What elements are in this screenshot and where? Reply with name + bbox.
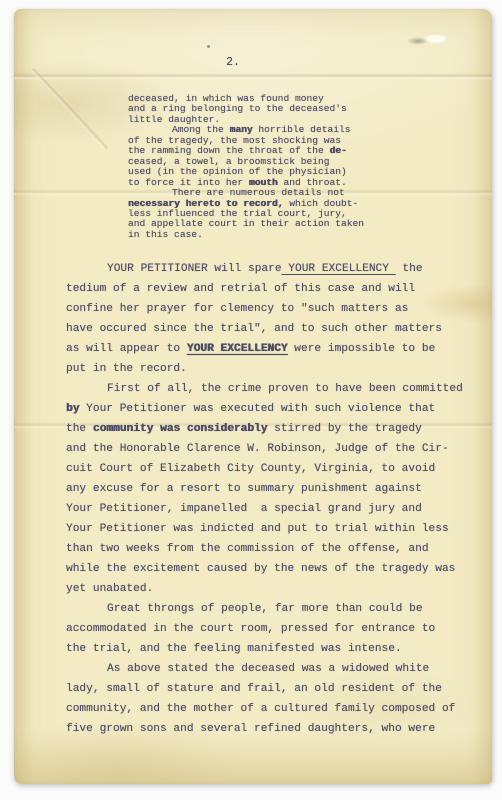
corner-crease-top-left (31, 68, 109, 151)
ink-speck (207, 45, 210, 48)
text-segment: and appellate court in their action take… (128, 218, 364, 229)
text-segment: community, and the mother of a cultured … (66, 703, 455, 715)
body-line: the trial, and the feeling manifested wa… (66, 639, 476, 659)
text-segment: confine her prayer for clemency to "such… (66, 303, 408, 315)
text-segment: any excuse for a resort to summary punis… (66, 483, 422, 495)
body-line: by Your Petitioner was executed with suc… (66, 399, 476, 419)
text-segment: which doubt- (283, 198, 358, 209)
body-line: while the excitement caused by the news … (66, 559, 476, 579)
text-segment: First of all, the crime proven to have b… (107, 383, 463, 395)
text-segment: many (230, 124, 253, 135)
text-segment: YOUR EXCELLENCY (282, 263, 396, 275)
text-segment: cuit Court of Elizabeth City County, Vir… (66, 463, 435, 475)
body-line: put in the record. (66, 359, 476, 379)
body-line: five grown sons and several refined daug… (66, 719, 476, 739)
body-line: As above stated the deceased was a widow… (66, 659, 476, 679)
text-segment: de- (330, 145, 347, 156)
text-segment: stirred by the tragedy (267, 423, 421, 435)
body-paragraph: As above stated the deceased was a widow… (66, 659, 476, 739)
text-segment: tedium of a review and retrial of this c… (66, 283, 415, 295)
text-segment: community was considerably (93, 423, 268, 435)
body-line: and the Honorable Clarence W. Robinson, … (66, 439, 476, 459)
body-line: Great throngs of people, far more than c… (66, 599, 476, 619)
text-segment: Your Petitioner was indicted and put to … (66, 523, 449, 535)
text-segment: YOUR PETITIONER will spare (107, 263, 282, 275)
text-segment: YOUR EXCELLENCY (187, 343, 288, 355)
body-line: the community was considerably stirred b… (66, 419, 476, 439)
text-segment: As above stated the deceased was a widow… (107, 663, 429, 675)
body-paragraph: YOUR PETITIONER will spare YOUR EXCELLEN… (66, 259, 476, 379)
text-segment: the (396, 263, 423, 275)
text-segment: to force it into her (128, 177, 249, 188)
paper-tear-mark (423, 34, 449, 44)
page-number: 2. (0, 56, 472, 69)
text-segment: Your Petitioner was executed with such v… (79, 403, 435, 415)
text-segment: mouth (249, 177, 278, 188)
quote-line: in this case. (128, 230, 388, 240)
body-line: lady, small of stature and frail, an old… (66, 679, 476, 699)
body-line: as will appear to YOUR EXCELLENCY were i… (66, 339, 476, 359)
text-segment: the (66, 423, 93, 435)
body-line: First of all, the crime proven to have b… (66, 379, 476, 399)
text-segment: five grown sons and several refined daug… (66, 723, 435, 735)
text-segment: the trial, and the feeling manifested wa… (66, 643, 402, 655)
text-segment: while the excitement caused by the news … (66, 563, 455, 575)
body-paragraph: First of all, the crime proven to have b… (66, 379, 476, 599)
text-segment: by (66, 403, 79, 415)
body-line: have occured since the trial", and to su… (66, 319, 476, 339)
text-segment: have occured since the trial", and to su… (66, 323, 442, 335)
text-segment: horrible details (253, 124, 351, 135)
text-segment: and a ring belonging to the deceased's (128, 103, 347, 114)
body-line: Your Petitioner was indicted and put to … (66, 519, 476, 539)
text-segment: accommodated in the court room, pressed … (66, 623, 435, 635)
text-segment: lady, small of stature and frail, an old… (66, 683, 442, 695)
text-segment: and the Honorable Clarence W. Robinson, … (66, 443, 449, 455)
paper-sheet: 2. deceased, in which was found moneyand… (14, 9, 492, 784)
petition-body-text: YOUR PETITIONER will spare YOUR EXCELLEN… (66, 259, 476, 739)
text-segment: There are numerous details not (172, 187, 345, 198)
text-segment: yet unabated. (66, 583, 153, 595)
body-line: than two weeks from the commission of th… (66, 539, 476, 559)
body-line: community, and the mother of a cultured … (66, 699, 476, 719)
body-line: yet unabated. (66, 579, 476, 599)
text-segment: in this case. (128, 229, 203, 240)
fold-crease-top (14, 73, 492, 80)
text-segment: Great throngs of people, far more than c… (107, 603, 423, 615)
body-line: accommodated in the court room, pressed … (66, 619, 476, 639)
text-segment: were impossible to be (288, 343, 436, 355)
text-segment: used (in the opinion of the physician) (128, 166, 347, 177)
body-line: YOUR PETITIONER will spare YOUR EXCELLEN… (66, 259, 476, 279)
text-segment: than two weeks from the commission of th… (66, 543, 429, 555)
text-segment: and throat. (278, 177, 347, 188)
body-line: confine her prayer for clemency to "such… (66, 299, 476, 319)
text-segment: put in the record. (66, 363, 187, 375)
text-segment: Your Petitioner, impanelled a special gr… (66, 503, 422, 515)
body-line: Your Petitioner, impanelled a special gr… (66, 499, 476, 519)
quoted-excerpt-block: deceased, in which was found moneyand a … (128, 94, 388, 240)
body-line: cuit Court of Elizabeth City County, Vir… (66, 459, 476, 479)
body-paragraph: Great throngs of people, far more than c… (66, 599, 476, 659)
body-line: any excuse for a resort to summary punis… (66, 479, 476, 499)
text-segment: as will appear to (66, 343, 187, 355)
text-segment: the ramming down the throat of the (128, 145, 330, 156)
text-segment: necessary hereto to record, (128, 198, 283, 209)
body-line: tedium of a review and retrial of this c… (66, 279, 476, 299)
text-segment: Among the (172, 124, 230, 135)
